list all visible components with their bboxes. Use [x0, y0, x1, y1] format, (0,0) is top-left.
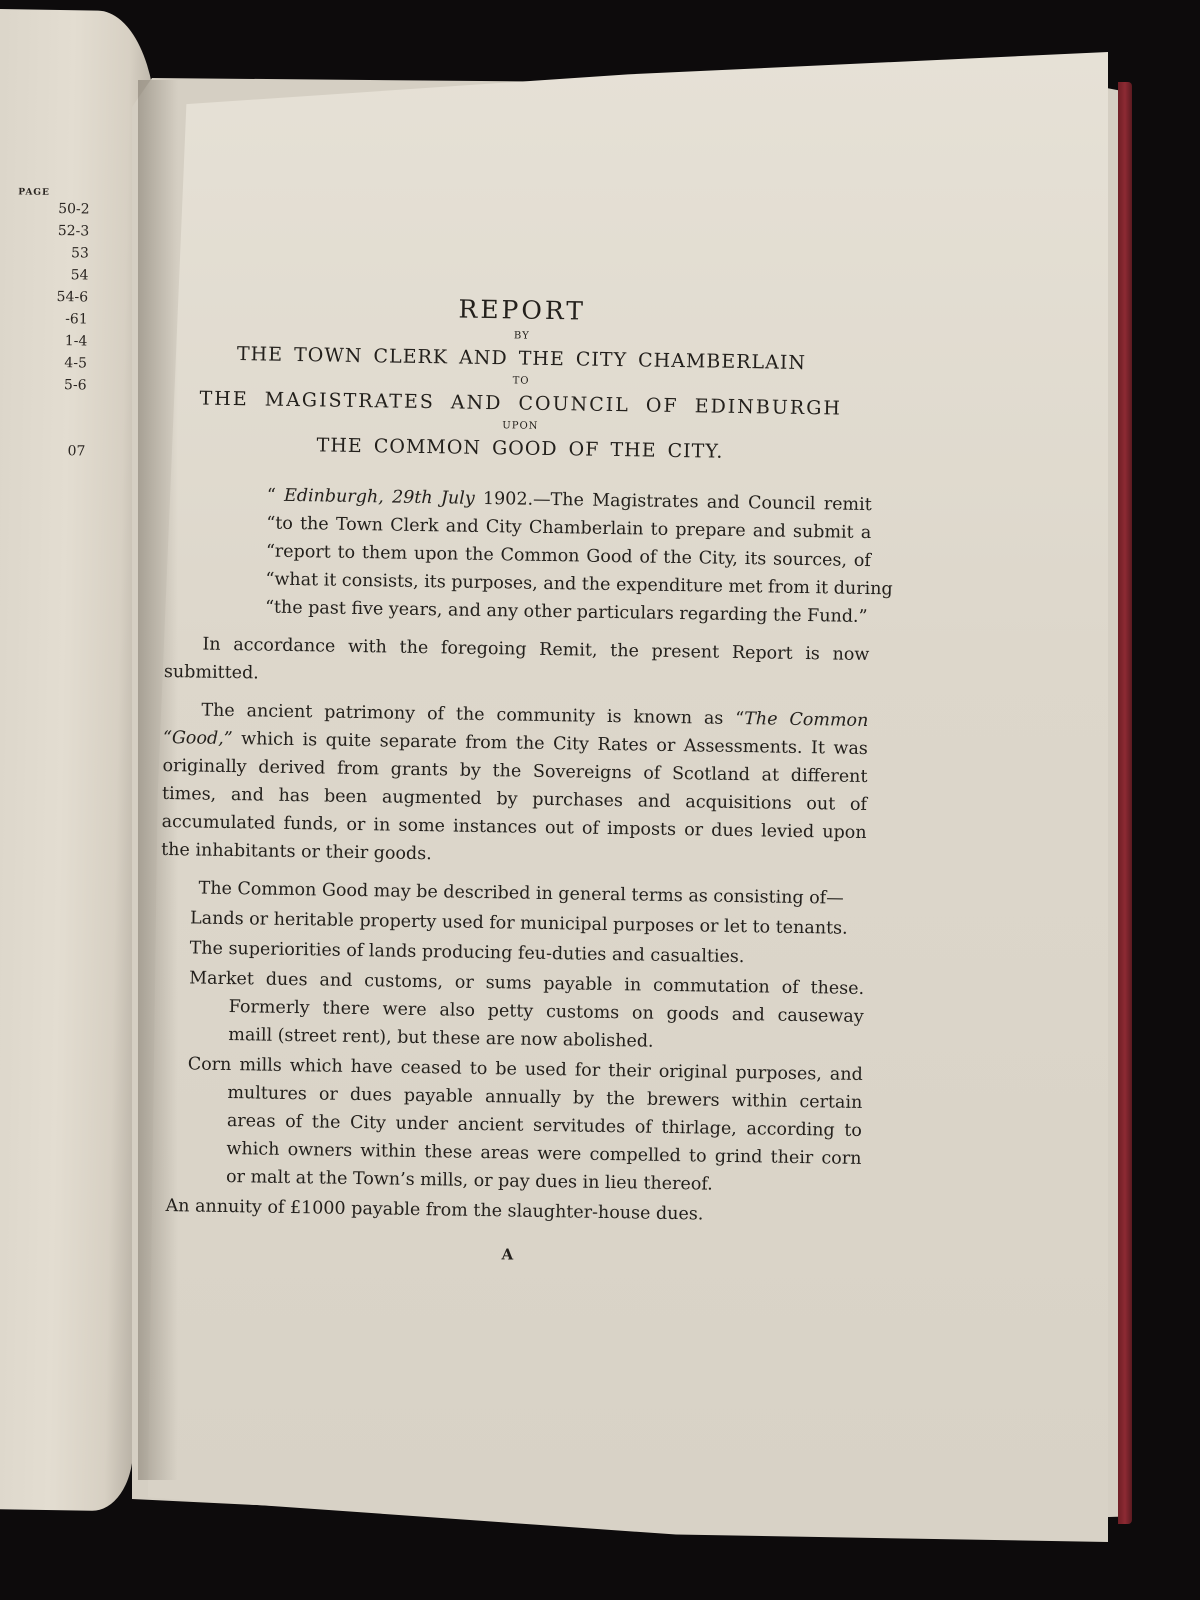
toc-entry [6, 395, 86, 418]
toc-entry [6, 417, 86, 440]
paragraph-accordance: In accordance with the foregoing Remit, … [164, 630, 870, 697]
toc-header: PAGE [10, 187, 90, 198]
toc-entry: 50-2 [9, 197, 89, 220]
toc-entry: 53 [9, 241, 89, 264]
toc-entry: -61 [8, 307, 88, 330]
paragraph-ancient-patrimony: The ancient patrimony of the community i… [161, 696, 869, 875]
toc-entry: 1-4 [7, 329, 87, 352]
toc-entry: 52-3 [9, 219, 89, 242]
table-of-contents-fragment: PAGE 50-2 52-3 53 54 54-6 -61 1-4 4-5 5-… [5, 187, 90, 462]
toc-entry: 07 [5, 439, 85, 462]
list-item-corn-mills: Corn mills which have ceased to be used … [186, 1050, 863, 1201]
red-cloth-binding [1118, 82, 1132, 1524]
page-content: REPORT BY THE TOWN CLERK AND THE CITY CH… [155, 290, 875, 1269]
council-remit-quote: “ Edinburgh, 29th July 1902.—The Magistr… [165, 480, 872, 631]
report-recipients: THE MAGISTRATES AND COUNCIL OF EDINBURGH [168, 387, 873, 420]
report-authors: THE TOWN CLERK AND THE CITY CHAMBERLAIN [169, 342, 874, 375]
toc-entry: 54 [8, 263, 88, 286]
remit-place-date: Edinburgh, 29th July [284, 486, 475, 509]
list-item-market-dues: Market dues and customs, or sums payable… [188, 964, 864, 1059]
toc-entry: 5-6 [6, 373, 86, 396]
toc-entry: 54-6 [8, 285, 88, 308]
toc-entry: 4-5 [7, 351, 87, 374]
report-subject: THE COMMON GOOD OF THE CITY. [167, 432, 872, 465]
